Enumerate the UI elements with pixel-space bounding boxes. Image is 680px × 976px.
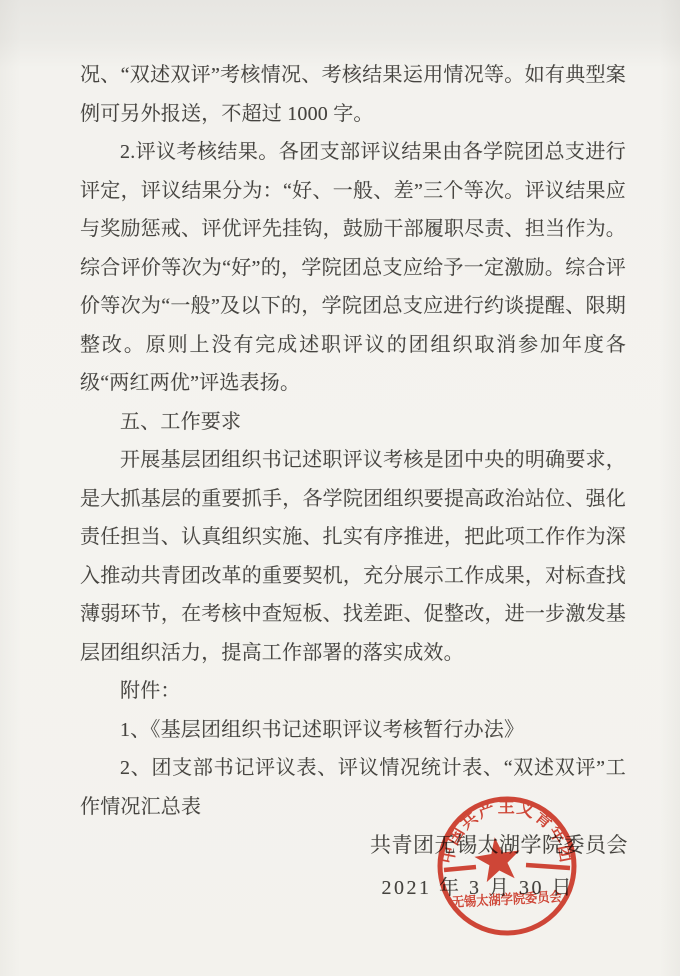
- document-date: 2021 年 3 月 30 日: [382, 871, 575, 900]
- issuing-authority: 共青团无锡太湖学院委员会: [370, 829, 628, 859]
- section-heading: 五、工作要求: [80, 403, 626, 442]
- attachment-item: 1、《基层团组织书记述职评议考核暂行办法》: [80, 711, 626, 750]
- scanned-document-page: 况、“双述双评”考核情况、考核结果运用情况等。如有典型案例可另外报送，不超过 1…: [0, 0, 680, 976]
- attachment-item: 2、团支部书记评议表、评议情况统计表、“双述双评”工作情况汇总表: [80, 749, 626, 826]
- seal-bar-left-icon: [444, 867, 476, 870]
- document-body: 况、“双述双评”考核情况、考核结果运用情况等。如有典型案例可另外报送，不超过 1…: [80, 56, 626, 826]
- attachments-label: 附件：: [80, 672, 626, 711]
- seal-bar-right-icon: [526, 865, 570, 868]
- paragraph: 开展基层团组织书记述职评议考核是团中央的明确要求，是大抓基层的重要抓手，各学院团…: [80, 441, 626, 672]
- paragraph: 2.评议考核结果。各团支部评议结果由各学院团总支进行评定，评议结果分为：“好、一…: [80, 133, 626, 403]
- paragraph: 况、“双述双评”考核情况、考核结果运用情况等。如有典型案例可另外报送，不超过 1…: [80, 56, 626, 133]
